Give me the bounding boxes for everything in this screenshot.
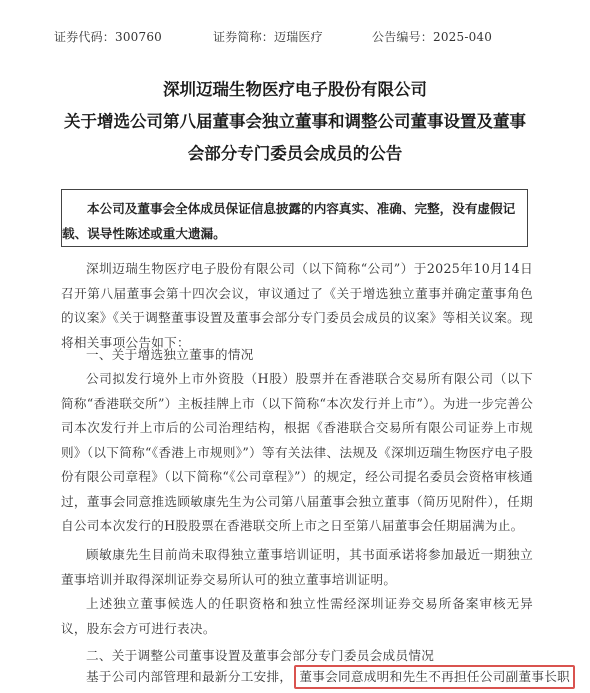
section2-heading: 二、关于调整公司董事设置及董事会部分专门委员会成员情况	[86, 645, 434, 664]
section1-heading: 一、关于增选独立董事的情况	[86, 344, 254, 363]
highlighted-text: 董事会同意成明和先生不再担任公司副董事长职	[294, 665, 575, 689]
section2-paragraph1-prefix: 基于公司内部管理和最新分工安排，	[86, 669, 292, 684]
announcement-title-line1: 关于增选公司第八届董事会独立董事和调整公司董事设置及董事	[0, 108, 590, 132]
section2-paragraph1: 基于公司内部管理和最新分工安排，董事会同意成明和先生不再担任公司副董事长职	[86, 665, 575, 689]
section1-paragraph2: 顾敏康先生目前尚未取得独立董事培训证明，其书面承诺将参加最近一期独立董事培训并取…	[61, 543, 533, 592]
announcement-title-line2: 会部分专门委员会成员的公告	[0, 140, 590, 164]
section1-paragraph1: 公司拟发行境外上市外资股（H股）股票并在香港联合交易所有限公司（以下简称“香港联…	[61, 367, 533, 539]
intro-paragraph: 深圳迈瑞生物医疗电子股份有限公司（以下简称“公司”）于2025年10月14日召开…	[61, 257, 533, 355]
stock-name: 证券简称：迈瑞医疗	[213, 28, 323, 45]
section1-paragraph3: 上述独立董事候选人的任职资格和独立性需经深圳证券交易所备案审核无异议，股东会方可…	[61, 592, 533, 641]
company-title: 深圳迈瑞生物医疗电子股份有限公司	[0, 76, 590, 100]
announcement-number: 公告编号：2025-040	[372, 28, 492, 45]
disclosure-notice-text: 本公司及董事会全体成员保证信息披露的内容真实、准确、完整，没有虚假记载、误导性陈…	[62, 196, 522, 246]
disclosure-notice-box: 本公司及董事会全体成员保证信息披露的内容真实、准确、完整，没有虚假记载、误导性陈…	[61, 189, 528, 247]
stock-code: 证券代码：300760	[54, 28, 162, 45]
